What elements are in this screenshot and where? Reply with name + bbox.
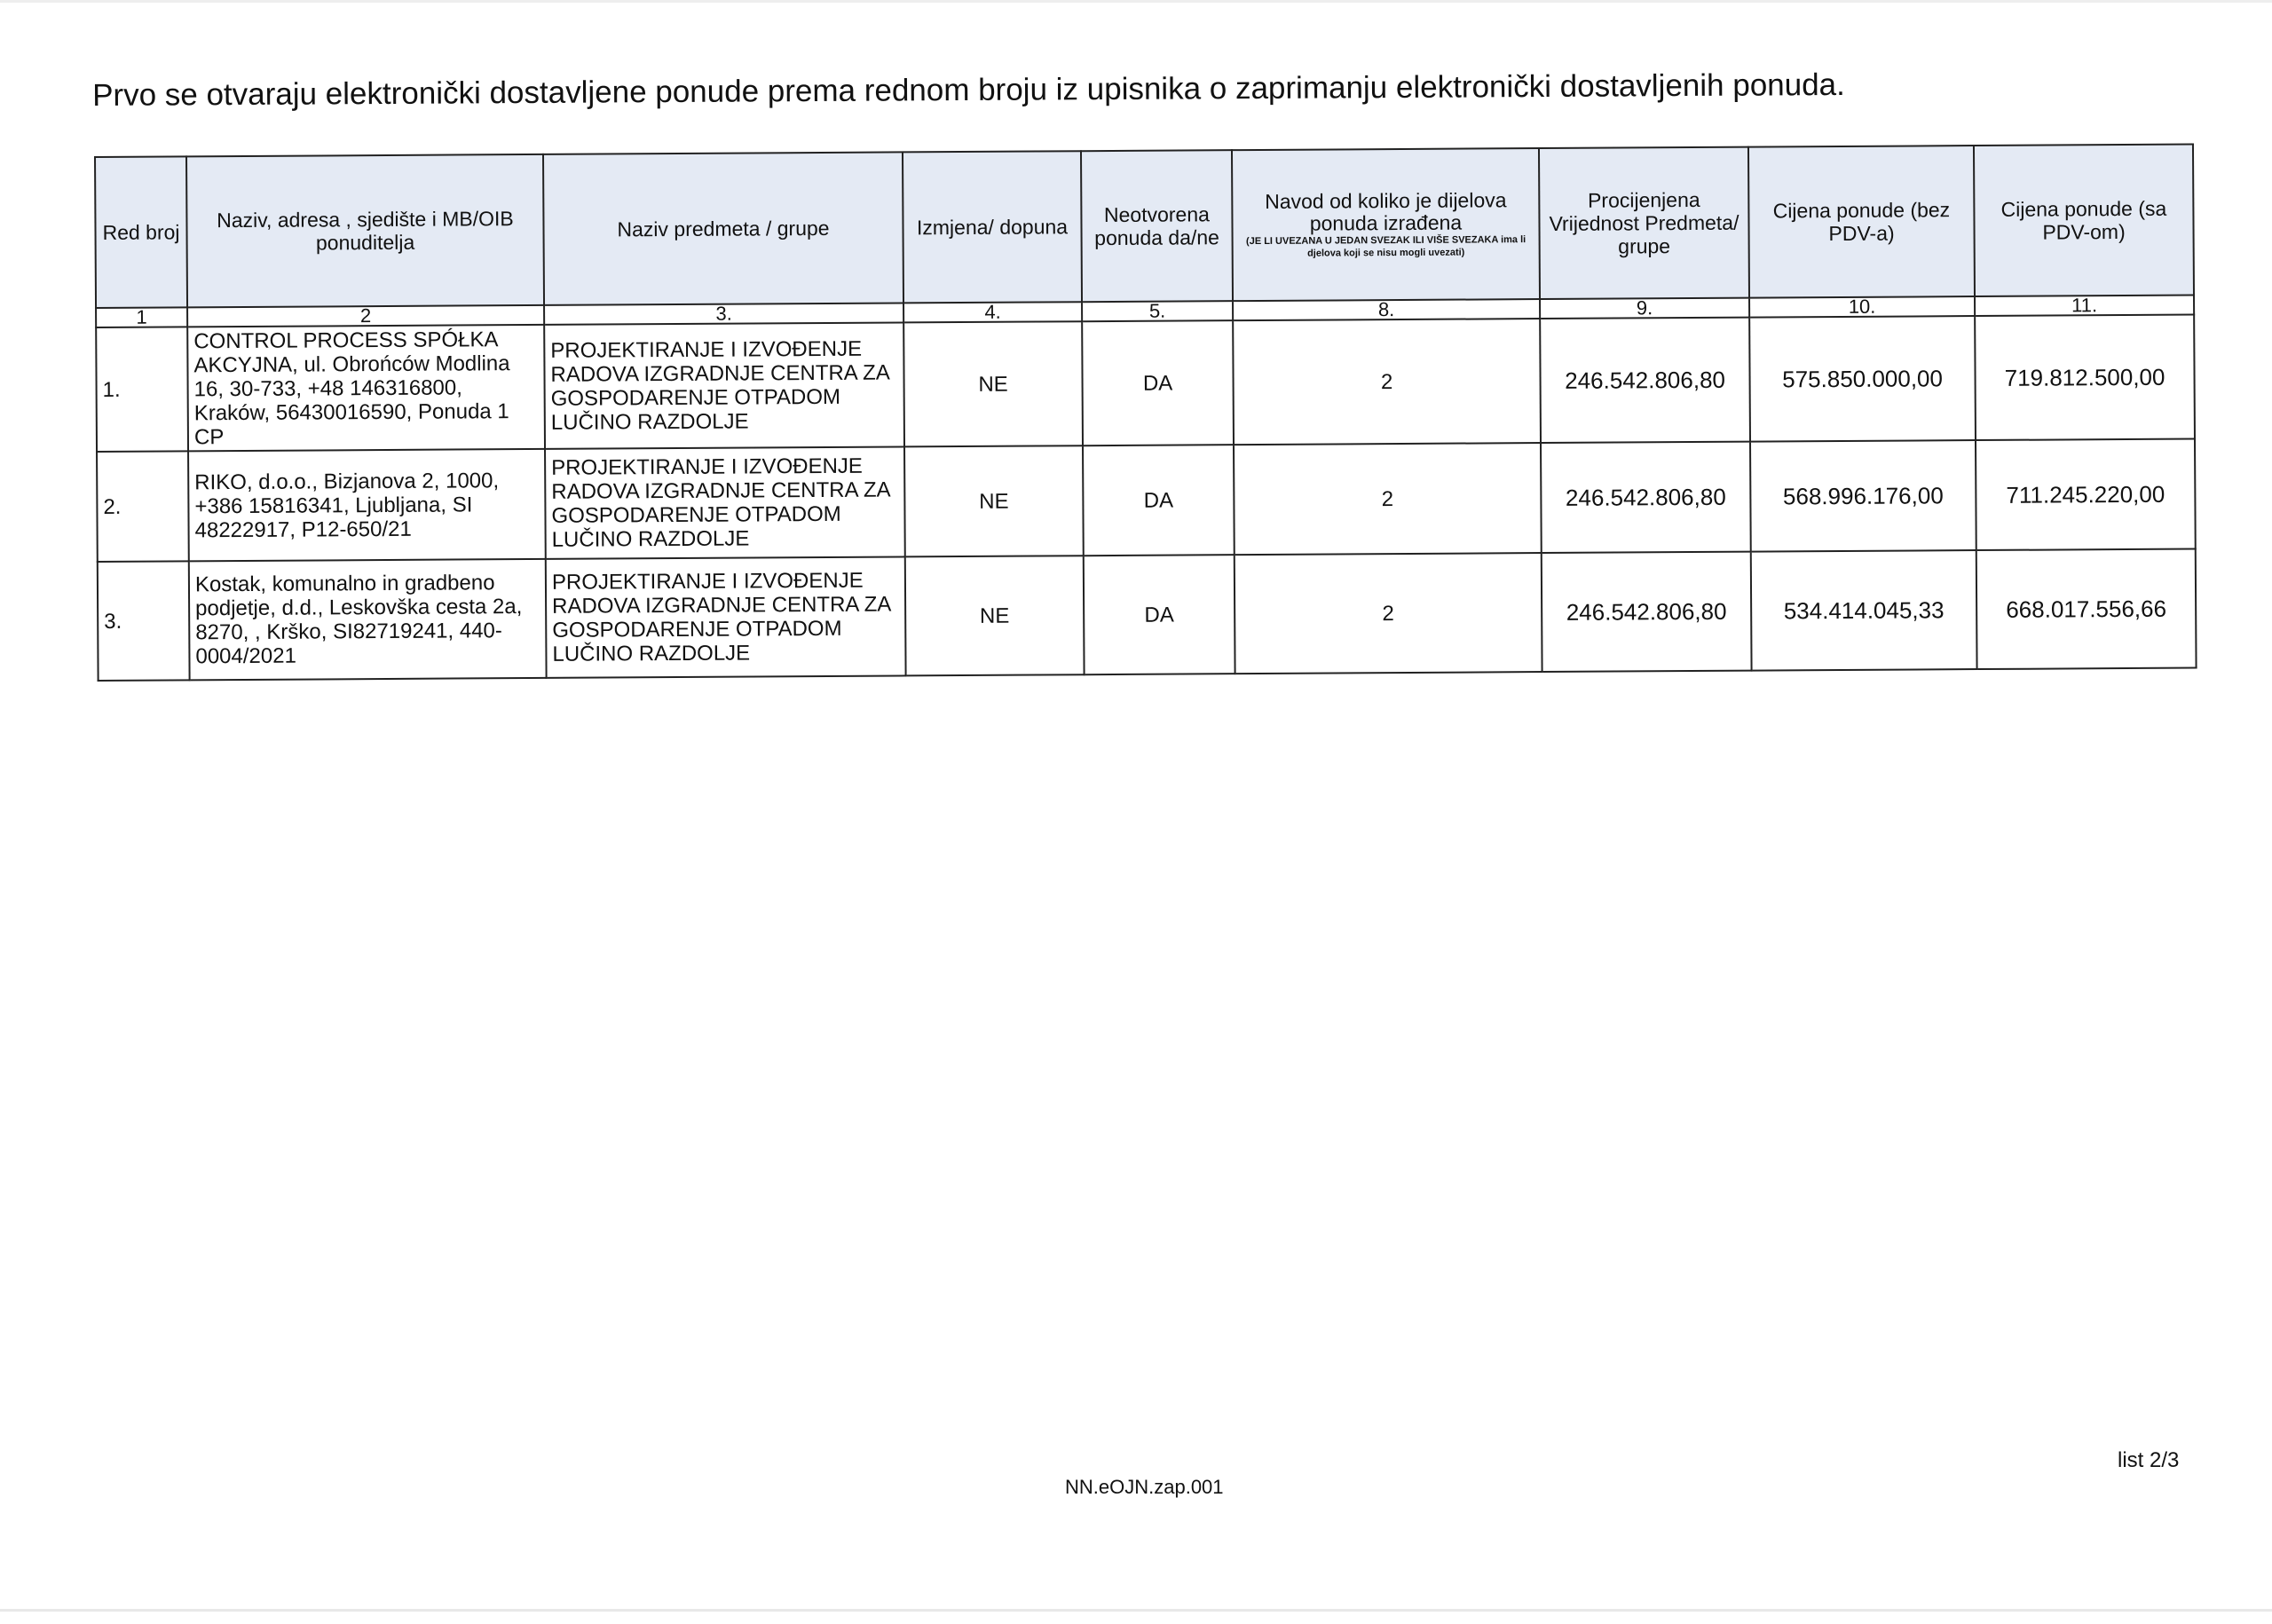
cell-predmet: PROJEKTIRANJE I IZVOĐENJE RADOVA IZGRADN…	[545, 446, 905, 558]
cell-cijena-bez-pdv: 575.850.000,00	[1749, 316, 1976, 442]
cell-izmjena: NE	[904, 445, 1084, 556]
cell-cijena-sa-pdv: 711.245.220,00	[1976, 439, 2196, 551]
table-row: 2. RIKO, d.o.o., Bizjanova 2, 1000, +386…	[97, 439, 2196, 562]
header-cijena-sa-pdv: Cijena ponude (sa PDV-om)	[1974, 145, 2194, 297]
cell-cijena-sa-pdv: 668.017.556,66	[1976, 549, 2197, 670]
cell-red-broj: 3.	[98, 561, 190, 681]
cell-red-broj: 2.	[97, 451, 189, 562]
cell-cijena-sa-pdv: 719.812.500,00	[1975, 315, 2195, 441]
column-number: 4.	[903, 302, 1082, 322]
cell-procijenjena: 246.542.806,80	[1541, 442, 1751, 553]
column-number: 11.	[1975, 296, 2194, 317]
cell-cijena-bez-pdv: 534.414.045,33	[1751, 550, 1977, 671]
cell-predmet: PROJEKTIRANJE I IZVOĐENJE RADOVA IZGRADN…	[546, 556, 906, 677]
header-red-broj: Red broj	[95, 156, 187, 308]
column-number: 2	[187, 305, 544, 327]
column-number: 1	[96, 307, 187, 327]
cell-ponuditelj: RIKO, d.o.o., Bizjanova 2, 1000, +386 15…	[188, 449, 546, 561]
header-neotvorena: Neotvorena ponuda da/ne	[1081, 150, 1233, 302]
cell-procijenjena: 246.542.806,80	[1542, 552, 1752, 672]
header-row: Red broj Naziv, adresa , sjedište i MB/O…	[95, 145, 2194, 308]
cell-red-broj: 1.	[96, 327, 188, 452]
cell-predmet: PROJEKTIRANJE I IZVOĐENJE RADOVA IZGRADN…	[544, 322, 904, 448]
cell-neotvorena: DA	[1083, 445, 1235, 556]
cell-dijelova: 2	[1234, 443, 1542, 555]
cell-ponuditelj: CONTROL PROCESS SPÓŁKA AKCYJNA, ul. Obro…	[187, 325, 545, 451]
cell-ponuditelj: Kostak, komunalno in gradbeno podjetje, …	[189, 559, 547, 680]
header-predmet: Naziv predmeta / grupe	[543, 152, 903, 304]
header-navod-note: (JE LI UVEZANA U JEDAN SVEZAK ILI VIŠE S…	[1239, 233, 1534, 260]
cell-dijelova: 2	[1233, 319, 1541, 445]
cell-izmjena: NE	[903, 321, 1083, 446]
table-row: 1. CONTROL PROCESS SPÓŁKA AKCYJNA, ul. O…	[96, 315, 2195, 452]
footer-form-code: NN.eOJN.zap.001	[1065, 1476, 1224, 1499]
cell-neotvorena: DA	[1084, 555, 1235, 674]
cell-neotvorena: DA	[1082, 320, 1234, 445]
cell-procijenjena: 246.542.806,80	[1540, 318, 1750, 443]
header-izmjena: Izmjena/ dopuna	[903, 151, 1082, 303]
header-procijenjena: Procijenjena Vrijednost Predmeta/ grupe	[1539, 147, 1749, 299]
page-title: Prvo se otvaraju elektronički dostavljen…	[92, 67, 1845, 114]
column-number: 8.	[1233, 299, 1540, 320]
header-navod: Navod od koliko je dijelova ponuda izrađ…	[1232, 148, 1540, 301]
column-number: 3.	[544, 303, 903, 324]
header-navod-mid: ponuda izrađena	[1238, 211, 1533, 235]
table-row: 3. Kostak, komunalno in gradbeno podjetj…	[98, 549, 2197, 681]
column-number: 5.	[1082, 301, 1233, 321]
header-ponuditelj: Naziv, adresa , sjedište i MB/OIB ponudi…	[186, 154, 544, 307]
page-number: list 2/3	[2118, 1448, 2179, 1473]
header-navod-main: Navod od koliko je dijelova	[1238, 189, 1533, 213]
scan-edge-bottom	[0, 1609, 2272, 1612]
cell-izmjena: NE	[905, 556, 1085, 675]
column-number: 9.	[1540, 298, 1749, 319]
column-number: 10.	[1749, 296, 1975, 318]
bids-table: Red broj Naziv, adresa , sjedište i MB/O…	[94, 144, 2197, 682]
cell-dijelova: 2	[1235, 553, 1542, 674]
header-cijena-bez-pdv: Cijena ponude (bez PDV-a)	[1748, 146, 1975, 298]
scan-edge-top	[0, 0, 2272, 3]
cell-cijena-bez-pdv: 568.996.176,00	[1750, 440, 1976, 552]
